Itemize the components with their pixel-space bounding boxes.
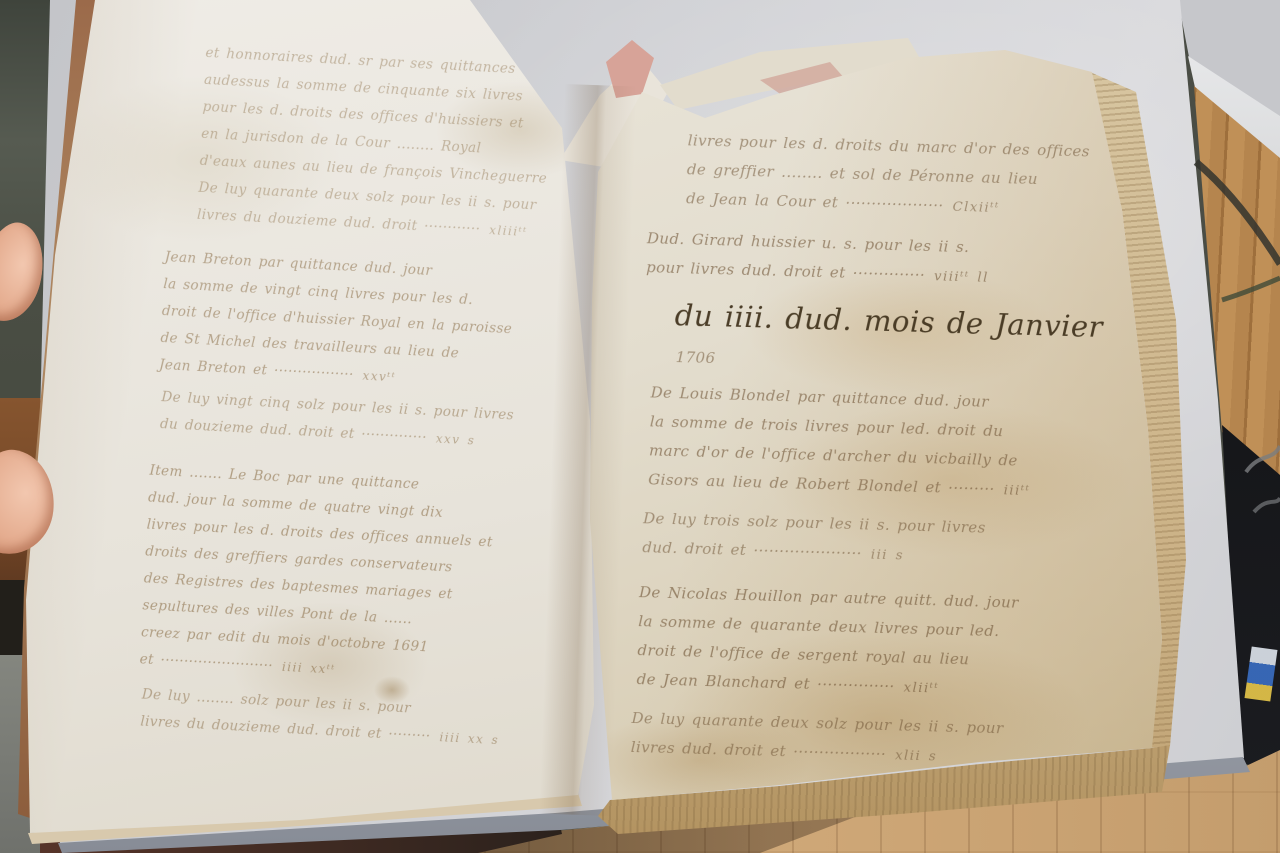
margin-amount: iiii xxᵗᵗ [273, 659, 336, 676]
margin-amount: viiiᵗᵗ ll [925, 269, 989, 286]
power-cable [1222, 278, 1280, 300]
margin-amount: xliiiᵗᵗ [480, 223, 528, 239]
margin-amount: xlii s [886, 748, 937, 764]
photo-of-open-manuscript: et honnoraires dud. sr par ses quittance… [0, 0, 1280, 853]
margin-amount: iiiᵗᵗ [994, 483, 1030, 499]
margin-amount: iii s [862, 547, 905, 563]
right-page-text: livres pour les d. droits du marc d'or d… [624, 130, 1102, 780]
manuscript-paragraph: Jean Breton par quittance dud. jourla so… [158, 249, 559, 404]
manuscript-paragraph: De Nicolas Houillon par autre quitt. dud… [636, 583, 1089, 712]
manuscript-paragraph: De Louis Blondel par quittance dud. jour… [648, 383, 1095, 511]
margin-amount: Clxiiᵗᵗ [943, 199, 1000, 216]
gray-cable [1254, 498, 1280, 512]
manuscript-paragraph: De luy trois solz pour les ii s. pour li… [642, 509, 1091, 579]
manuscript-paragraph: Dud. Girard huissier u. s. pour les ii s… [646, 229, 1099, 300]
margin-amount: xxv s [426, 431, 475, 448]
manuscript-paragraph: livres pour les d. droits du marc d'or d… [686, 131, 1102, 230]
margin-amount: xxvᵗᵗ [353, 368, 396, 384]
manuscript-paragraph: et honnoraires dud. sr par ses quittance… [196, 45, 569, 253]
power-cable [1196, 162, 1280, 264]
gray-cable [1246, 446, 1280, 472]
margin-amount: xliiᵗᵗ [894, 680, 939, 696]
margin-amount: iiii xx s [430, 730, 499, 748]
manuscript-paragraph: Item ....... Le Boc par une quittancedud… [139, 463, 548, 700]
left-page-text: et honnoraires dud. sr par ses quittance… [113, 42, 569, 761]
